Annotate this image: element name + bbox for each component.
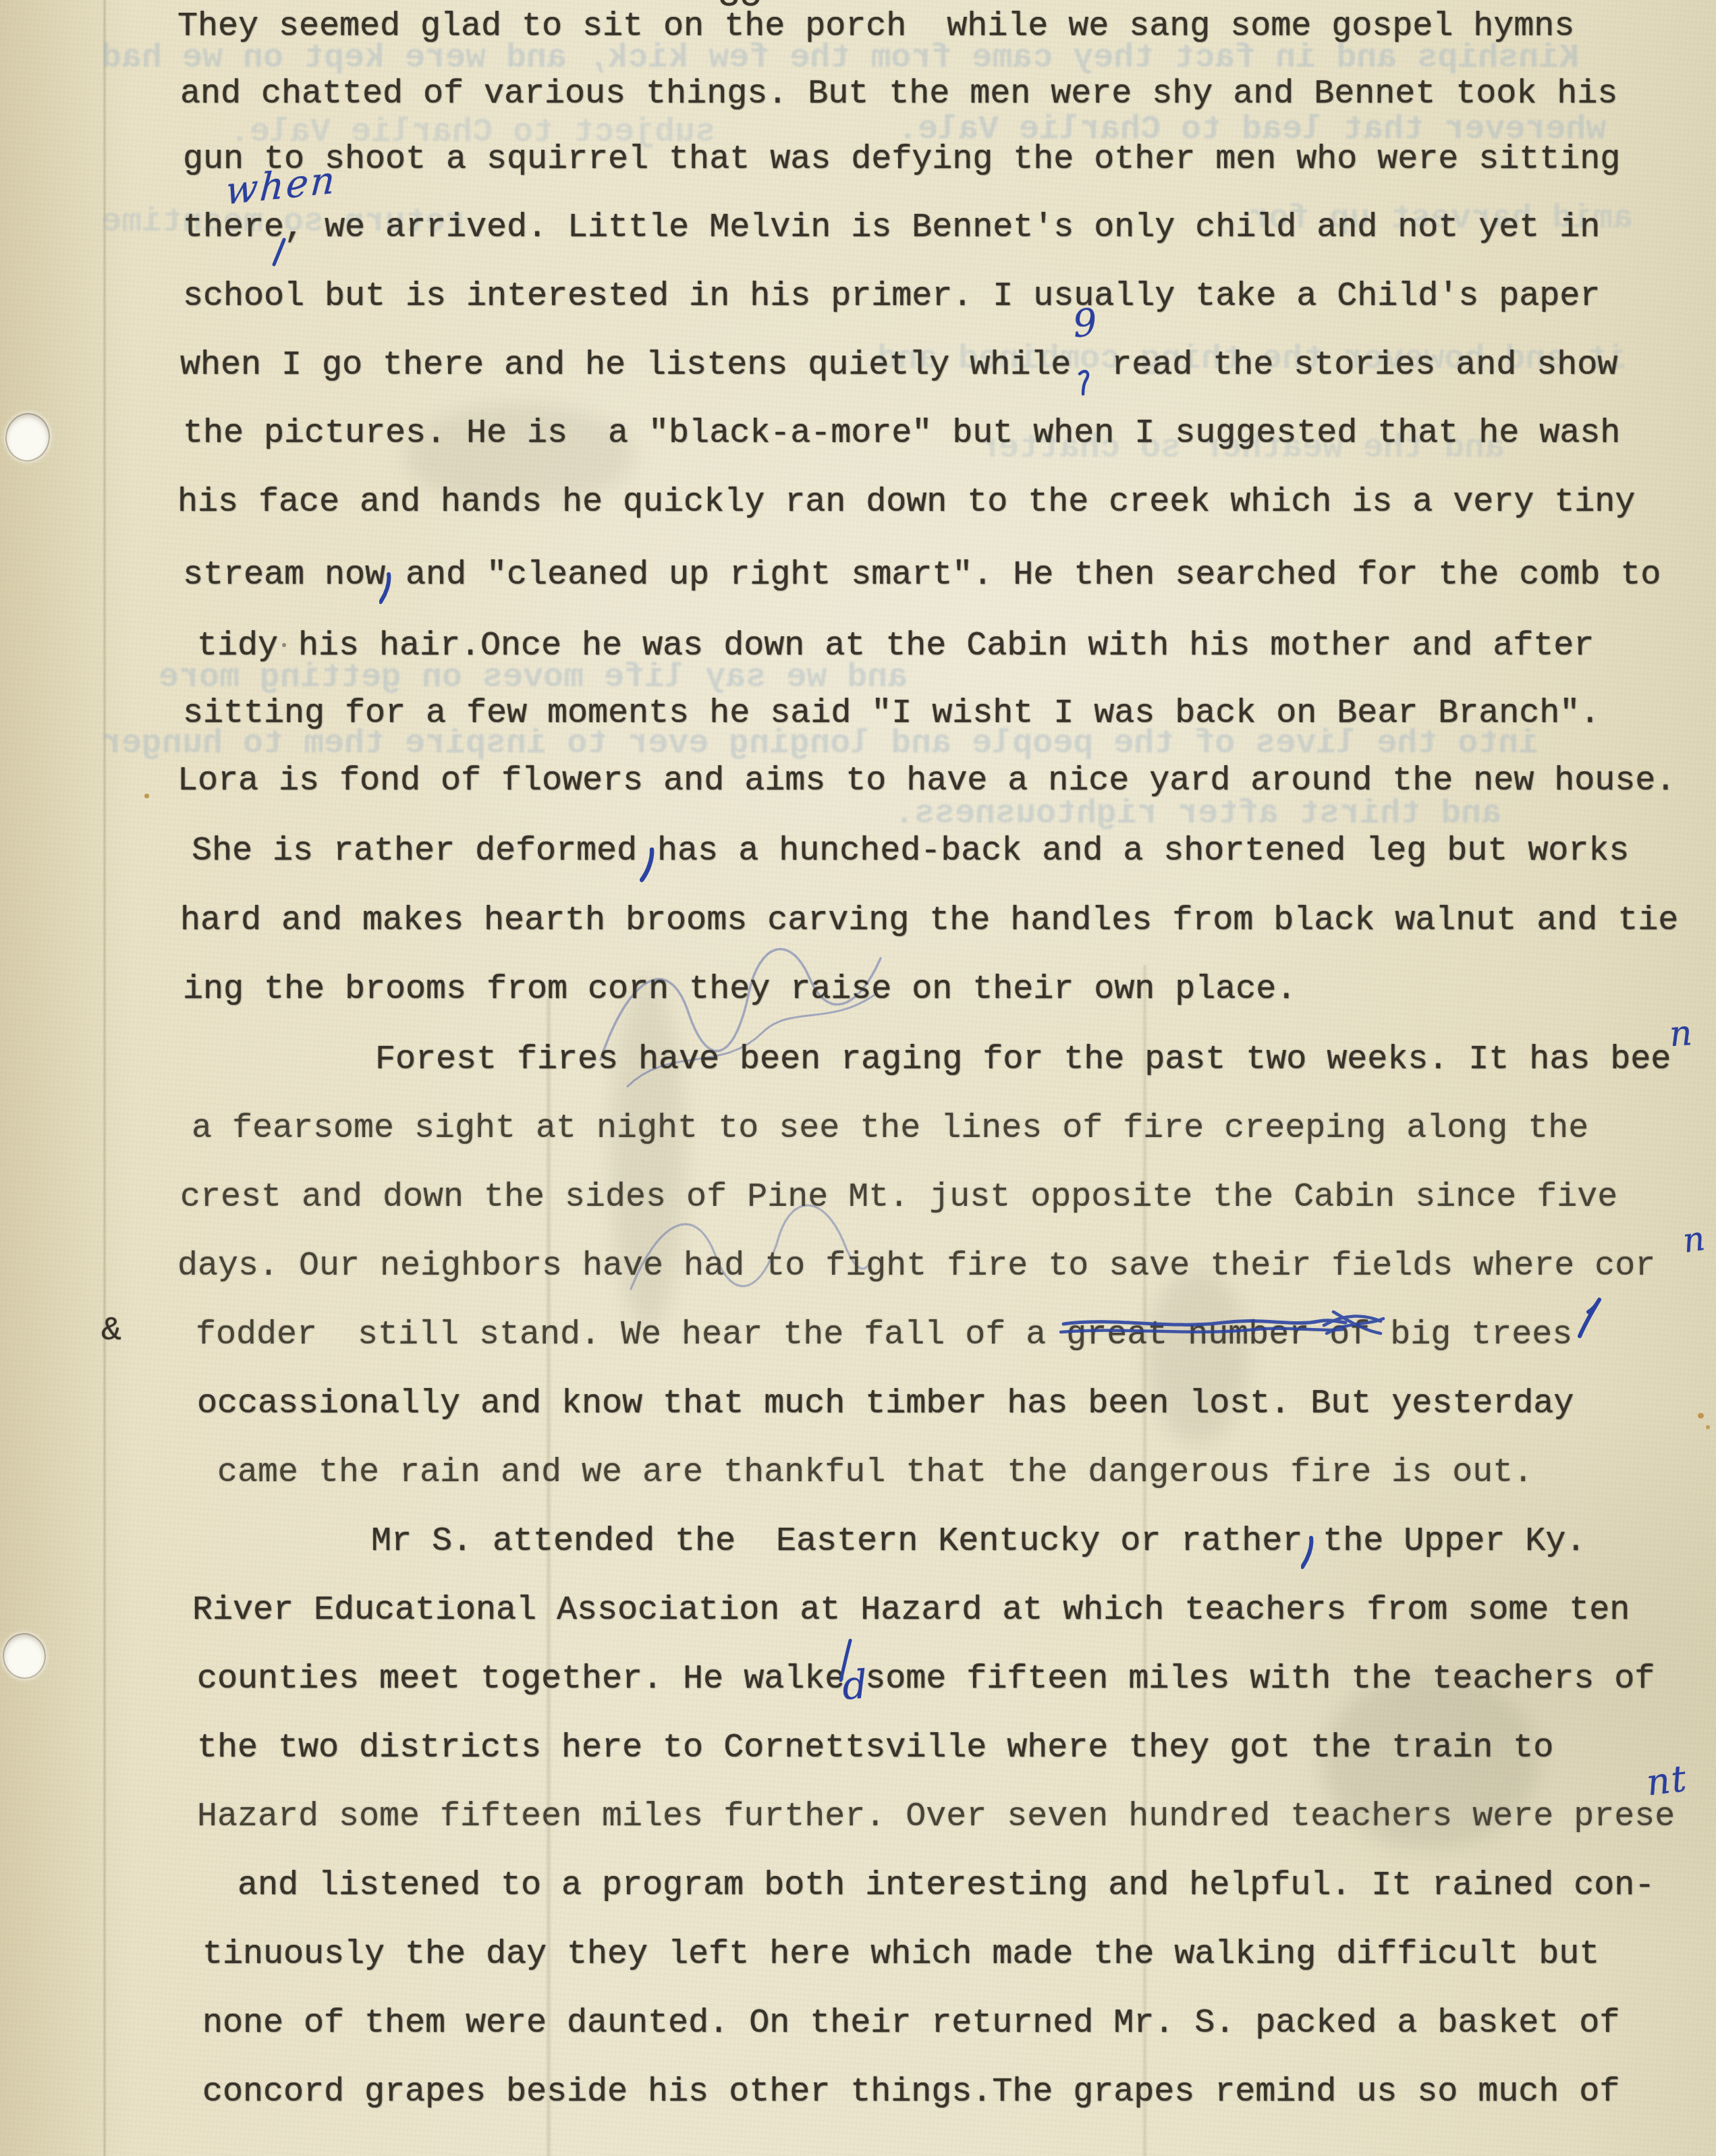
ink-speck [1698,1413,1704,1418]
handwritten-n-corn: n [1681,1221,1707,1258]
typed-line: when I go there and he listens quietly w… [180,349,1617,383]
paper-edge-crease [103,0,107,2156]
typed-line: and listened to a program both interesti… [238,1869,1655,1903]
handwritten-d-walked: d [841,1665,868,1705]
typed-line: days. Our neighbors have had to fight fi… [177,1250,1655,1283]
typed-line: a fearsome sight at night to see the lin… [192,1112,1588,1146]
handwritten-comma [379,572,394,606]
typed-line: sitting for a few moments he said "I wis… [183,697,1600,731]
typed-line: came the rain and we are thankful that t… [217,1456,1533,1490]
handwritten-caret [1077,370,1095,398]
handwritten-comma [1301,1536,1316,1571]
typed-line: hard and makes hearth brooms carving the… [180,904,1678,938]
typed-line: the two districts here to Cornettsville … [197,1732,1553,1765]
typed-line: ing the brooms from corn they raise on t… [183,973,1296,1007]
typed-line: counties meet together. He walke some fi… [197,1663,1655,1696]
strikethrough-mark [1054,1301,1594,1355]
punch-hole [1,1631,49,1681]
handwritten-comma [640,848,656,884]
typed-line: They seemed glad to sit on the porch whi… [177,10,1574,44]
handwritten-word-when: when [224,161,337,211]
typed-line: River Educational Association at Hazard … [192,1594,1630,1628]
bleedthrough-line: and thirst after rightousness. [894,798,1501,831]
letter-page: Kinships and in fact they came from the … [0,0,1716,2156]
margin-ampersand: & [101,1315,121,1348]
handwritten-slash-trees [1575,1297,1605,1340]
typed-line: Forest fires have been raging for the pa… [375,1043,1671,1077]
typed-line: Lora is fond of flowers and aims to have… [177,765,1676,798]
typed-line: Hazard some fifteen miles further. Over … [197,1800,1675,1834]
typed-line: occassionally and know that much timber … [197,1387,1574,1421]
typed-line: She is rather deformed has a hunched-bac… [192,835,1629,868]
bleedthrough-line: and we say life moves on getting more [159,661,908,695]
typed-line: tidy his hair.Once he was down at the Ca… [197,630,1594,663]
typed-line: school but is interested in his primer. … [183,280,1600,314]
typed-line: Mr S. attended the Eastern Kentucky or r… [371,1525,1586,1559]
ink-speck [144,794,149,798]
typed-line: stream now and "cleaned up right smart".… [183,559,1661,592]
handwritten-caret [271,238,287,267]
typed-line: crest and down the sides of Pine Mt. jus… [180,1181,1617,1215]
typed-line: there, we arrived. Little Melvin is Benn… [183,211,1600,245]
typed-line: and chatted of various things. But the m… [180,78,1617,111]
fold-crease [545,999,552,2156]
handwritten-nt-present: nt [1644,1761,1690,1802]
typed-line: the pictures. He is a "black-a-more" but… [183,417,1620,451]
handwritten-n-been: n [1668,1016,1693,1052]
bleedthrough-line: Kinships and in fact they came from the … [101,42,1579,76]
typed-line: none of them were daunted. On their retu… [202,2007,1620,2041]
typed-line: concord grapes beside his other things.T… [202,2076,1620,2109]
typed-line: tinuously the day they left here which m… [202,1938,1599,1972]
ink-speck [1706,1425,1710,1429]
typed-line: his face and hands he quickly ran down t… [177,486,1635,520]
typed-line: gun to shoot a squirrel that was defying… [183,143,1620,177]
handwritten-insertion-i: 9 [1072,304,1099,344]
punch-hole [2,410,53,464]
